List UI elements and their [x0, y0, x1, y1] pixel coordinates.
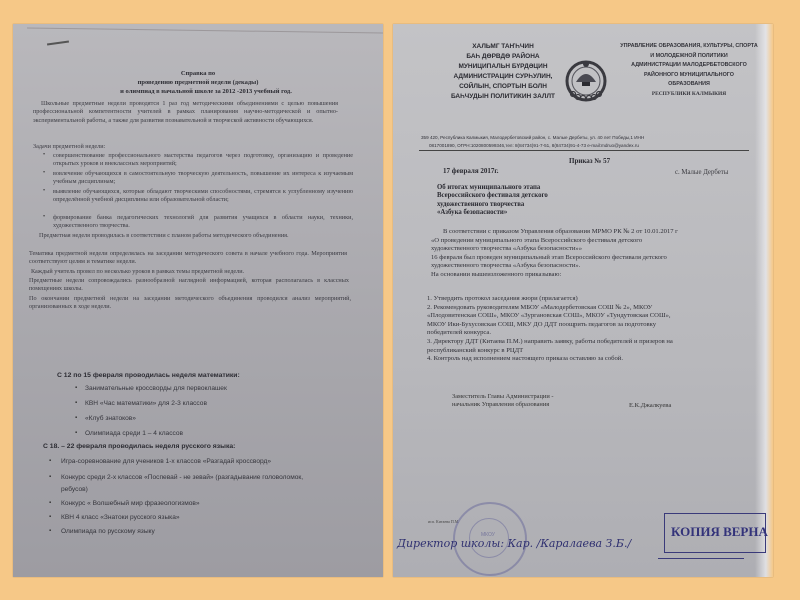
- header-right-line: РЕСПУБЛИКИ КАЛМЫКИЯ: [613, 90, 765, 100]
- order-place: с. Малые Дербеты: [675, 169, 728, 176]
- bullet-icon: ▪: [49, 474, 51, 480]
- copy-certified-stamp: КОПИЯ ВЕРНА: [664, 513, 766, 553]
- paragraph: Предметные недели сопровождались разнооб…: [29, 277, 349, 294]
- subject-line: Всероссийского фестиваля детского: [437, 192, 548, 200]
- bullet-icon: •: [43, 188, 45, 194]
- russian-item: Игра-соревнование для учеников 1-х класс…: [61, 458, 271, 465]
- left-document-photo: Справка по проведению предметной недели …: [13, 24, 383, 577]
- bullet-icon: ▪: [75, 415, 77, 421]
- bullet-icon: •: [43, 170, 45, 176]
- signature-title: Заместитель Главы Администрации -: [452, 393, 554, 401]
- math-week-heading: С 12 по 15 февраля проводилась неделя ма…: [57, 372, 240, 379]
- header-right-line: И МОЛОДЕЖНОЙ ПОЛИТИКИ: [613, 52, 765, 62]
- bullet-icon: ▪: [49, 514, 51, 520]
- header-right-line: ОБРАЗОВАНИЯ: [613, 80, 765, 90]
- preamble-line: «О проведении муниципального этапа Всеро…: [431, 237, 678, 246]
- order-item: 1. Утвердить протокол заседания жюри (пр…: [427, 295, 673, 304]
- header-divider: [419, 150, 749, 151]
- stamp-text: КОПИЯ ВЕРНА: [671, 524, 768, 540]
- task-item: выявление обучающихся, которые обладают …: [53, 188, 353, 205]
- signature-name: Е.К.Джалкуева: [629, 402, 671, 409]
- header-left-line: БАҺ ДӨРВДӨ РАЙОНА: [433, 52, 573, 62]
- order-item: 3. Директору ДДТ (Китаева П.М.) направит…: [427, 338, 673, 347]
- header-left-line: МУНИЦИПАЛЬН БҮРДӘЦИН: [433, 62, 573, 72]
- bullet-icon: •: [43, 152, 45, 158]
- preamble-line: В соответствии с приказом Управления обр…: [431, 228, 678, 237]
- address-line-1: 359 420, Республика Калмыкия, Малодербет…: [421, 135, 644, 140]
- bullet-icon: ▪: [75, 430, 77, 436]
- preamble-line: 16 февраля был проведен муниципальный эт…: [431, 254, 678, 263]
- paragraph: По окончании предметной недели на заседа…: [29, 295, 351, 312]
- order-date: 17 февраля 2017г.: [443, 167, 499, 175]
- preamble-line: художественного творчества «Азбука безоп…: [431, 245, 678, 254]
- preamble-line: На основании вышеизложенного приказываю:: [431, 271, 678, 280]
- bullet-icon: ▪: [49, 528, 51, 534]
- bullet-icon: •: [43, 214, 45, 220]
- preamble-line: художественного творчества «Азбука безоп…: [431, 262, 678, 271]
- header-right-line: РАЙОННОГО МУНИЦИПАЛЬНОГО: [613, 71, 765, 81]
- order-item: победителей конкурса.: [427, 329, 673, 338]
- address-line-2: 0817001890, ОГРН:1020800599346,тел: 8(84…: [429, 143, 639, 148]
- bullet-icon: ▪: [75, 385, 77, 391]
- executor-note: исп. Китаева П.М.: [428, 519, 459, 524]
- math-item: «Клуб знатоков»: [85, 415, 136, 422]
- subject-line: художественного творчества: [437, 201, 548, 209]
- task-item: формирование банка педагогических технол…: [53, 214, 353, 231]
- paragraph: Тематика предметной недели определялась …: [29, 250, 347, 267]
- order-title: Приказ № 57: [569, 157, 610, 165]
- russian-item: Конкурс « Волшебный мир фразеологизмов»: [61, 500, 200, 507]
- header-left-line: ХАЛЬМГ ТАҤҺЧИН: [433, 42, 573, 52]
- handwritten-note: Директор школы: Кар. /Каралаева З.Б./: [397, 537, 631, 550]
- page-edge: [755, 24, 773, 577]
- russian-item: Конкурс среди 2-х классов «Поспевай - не…: [61, 474, 303, 481]
- subject-line: «Азбука безопасности»: [437, 209, 548, 217]
- math-item: Занимательные кроссворды для первоклашек: [85, 385, 227, 392]
- page-edge-line: [27, 28, 383, 34]
- bullet-icon: ▪: [49, 500, 51, 506]
- bullet-icon: ▪: [75, 400, 77, 406]
- paragraph: Предметная неделя проводилась в соответс…: [31, 232, 346, 240]
- task-item: совершенствование профессионального маст…: [53, 152, 353, 169]
- right-document-photo: ХАЛЬМГ ТАҤҺЧИН БАҺ ДӨРВДӨ РАЙОНА МУНИЦИП…: [393, 24, 773, 577]
- task-item: вовлечение обучающихся в самостоятельную…: [53, 170, 353, 187]
- subject-line: Об итогах муниципального этапа: [437, 184, 548, 192]
- russian-item: КВН 4 класс «Знатоки русского языка»: [61, 514, 180, 521]
- header-right-line: УПРАВЛЕНИЕ ОБРАЗОВАНИЯ, КУЛЬТУРЫ, СПОРТА: [613, 42, 765, 52]
- doc-title-line-1: Справка по: [13, 70, 383, 77]
- doc-title-line-2: проведению предметной недели (декады): [13, 79, 383, 86]
- order-item: «Плодовитенская СОШ», МКОУ «Зургановская…: [427, 312, 673, 321]
- bullet-icon: ▪: [49, 458, 51, 464]
- math-item: КВН «Час математики» для 2-3 классов: [85, 400, 207, 407]
- header-left-line: АДМИНИСТРАЦИН СУРҺУЛИН,: [433, 72, 573, 82]
- order-item: МКОУ Ики-Бухусовская СОШ, МКУ ДО ДДТ поо…: [427, 321, 673, 330]
- doc-title-line-3: и олимпиад в начальной школе за 2012 -20…: [21, 88, 383, 95]
- paragraph: Каждый учитель провел по несколько уроко…: [31, 268, 349, 276]
- signature-title: начальник Управления образования: [452, 401, 554, 409]
- header-left-line: СОЙЛЫН, СПОРТЫН БОЛН: [433, 82, 573, 92]
- stamp-underline: [658, 558, 744, 559]
- order-item: республиканский конкурс в РЦДТ: [427, 347, 673, 356]
- order-item: 4. Контроль над исполнением настоящего п…: [427, 355, 673, 364]
- russian-item-continuation: ребусов): [61, 486, 88, 493]
- emblem-icon: [563, 60, 609, 104]
- intro-paragraph: Школьные предметные недели проводятся 1 …: [33, 100, 338, 125]
- header-left-line: БАҺЧУДЫН ПОЛИТИКИН ЗАЛЛТ: [433, 92, 573, 102]
- order-item: 2. Рекомендовать руководителям МБОУ «Мал…: [427, 304, 673, 313]
- russian-item: Олимпиада по русскому языку: [61, 528, 155, 535]
- russian-week-heading: С 18. – 22 февраля проводилась неделя ру…: [43, 443, 235, 450]
- pen-mark: [47, 40, 69, 45]
- math-item: Олимпиада среди 1 – 4 классов: [85, 430, 183, 437]
- tasks-heading: Задачи предметной недели:: [33, 143, 338, 151]
- header-right-line: АДМИНИСТРАЦИИ МАЛОДЕРБЕТОВСКОГО: [613, 61, 765, 71]
